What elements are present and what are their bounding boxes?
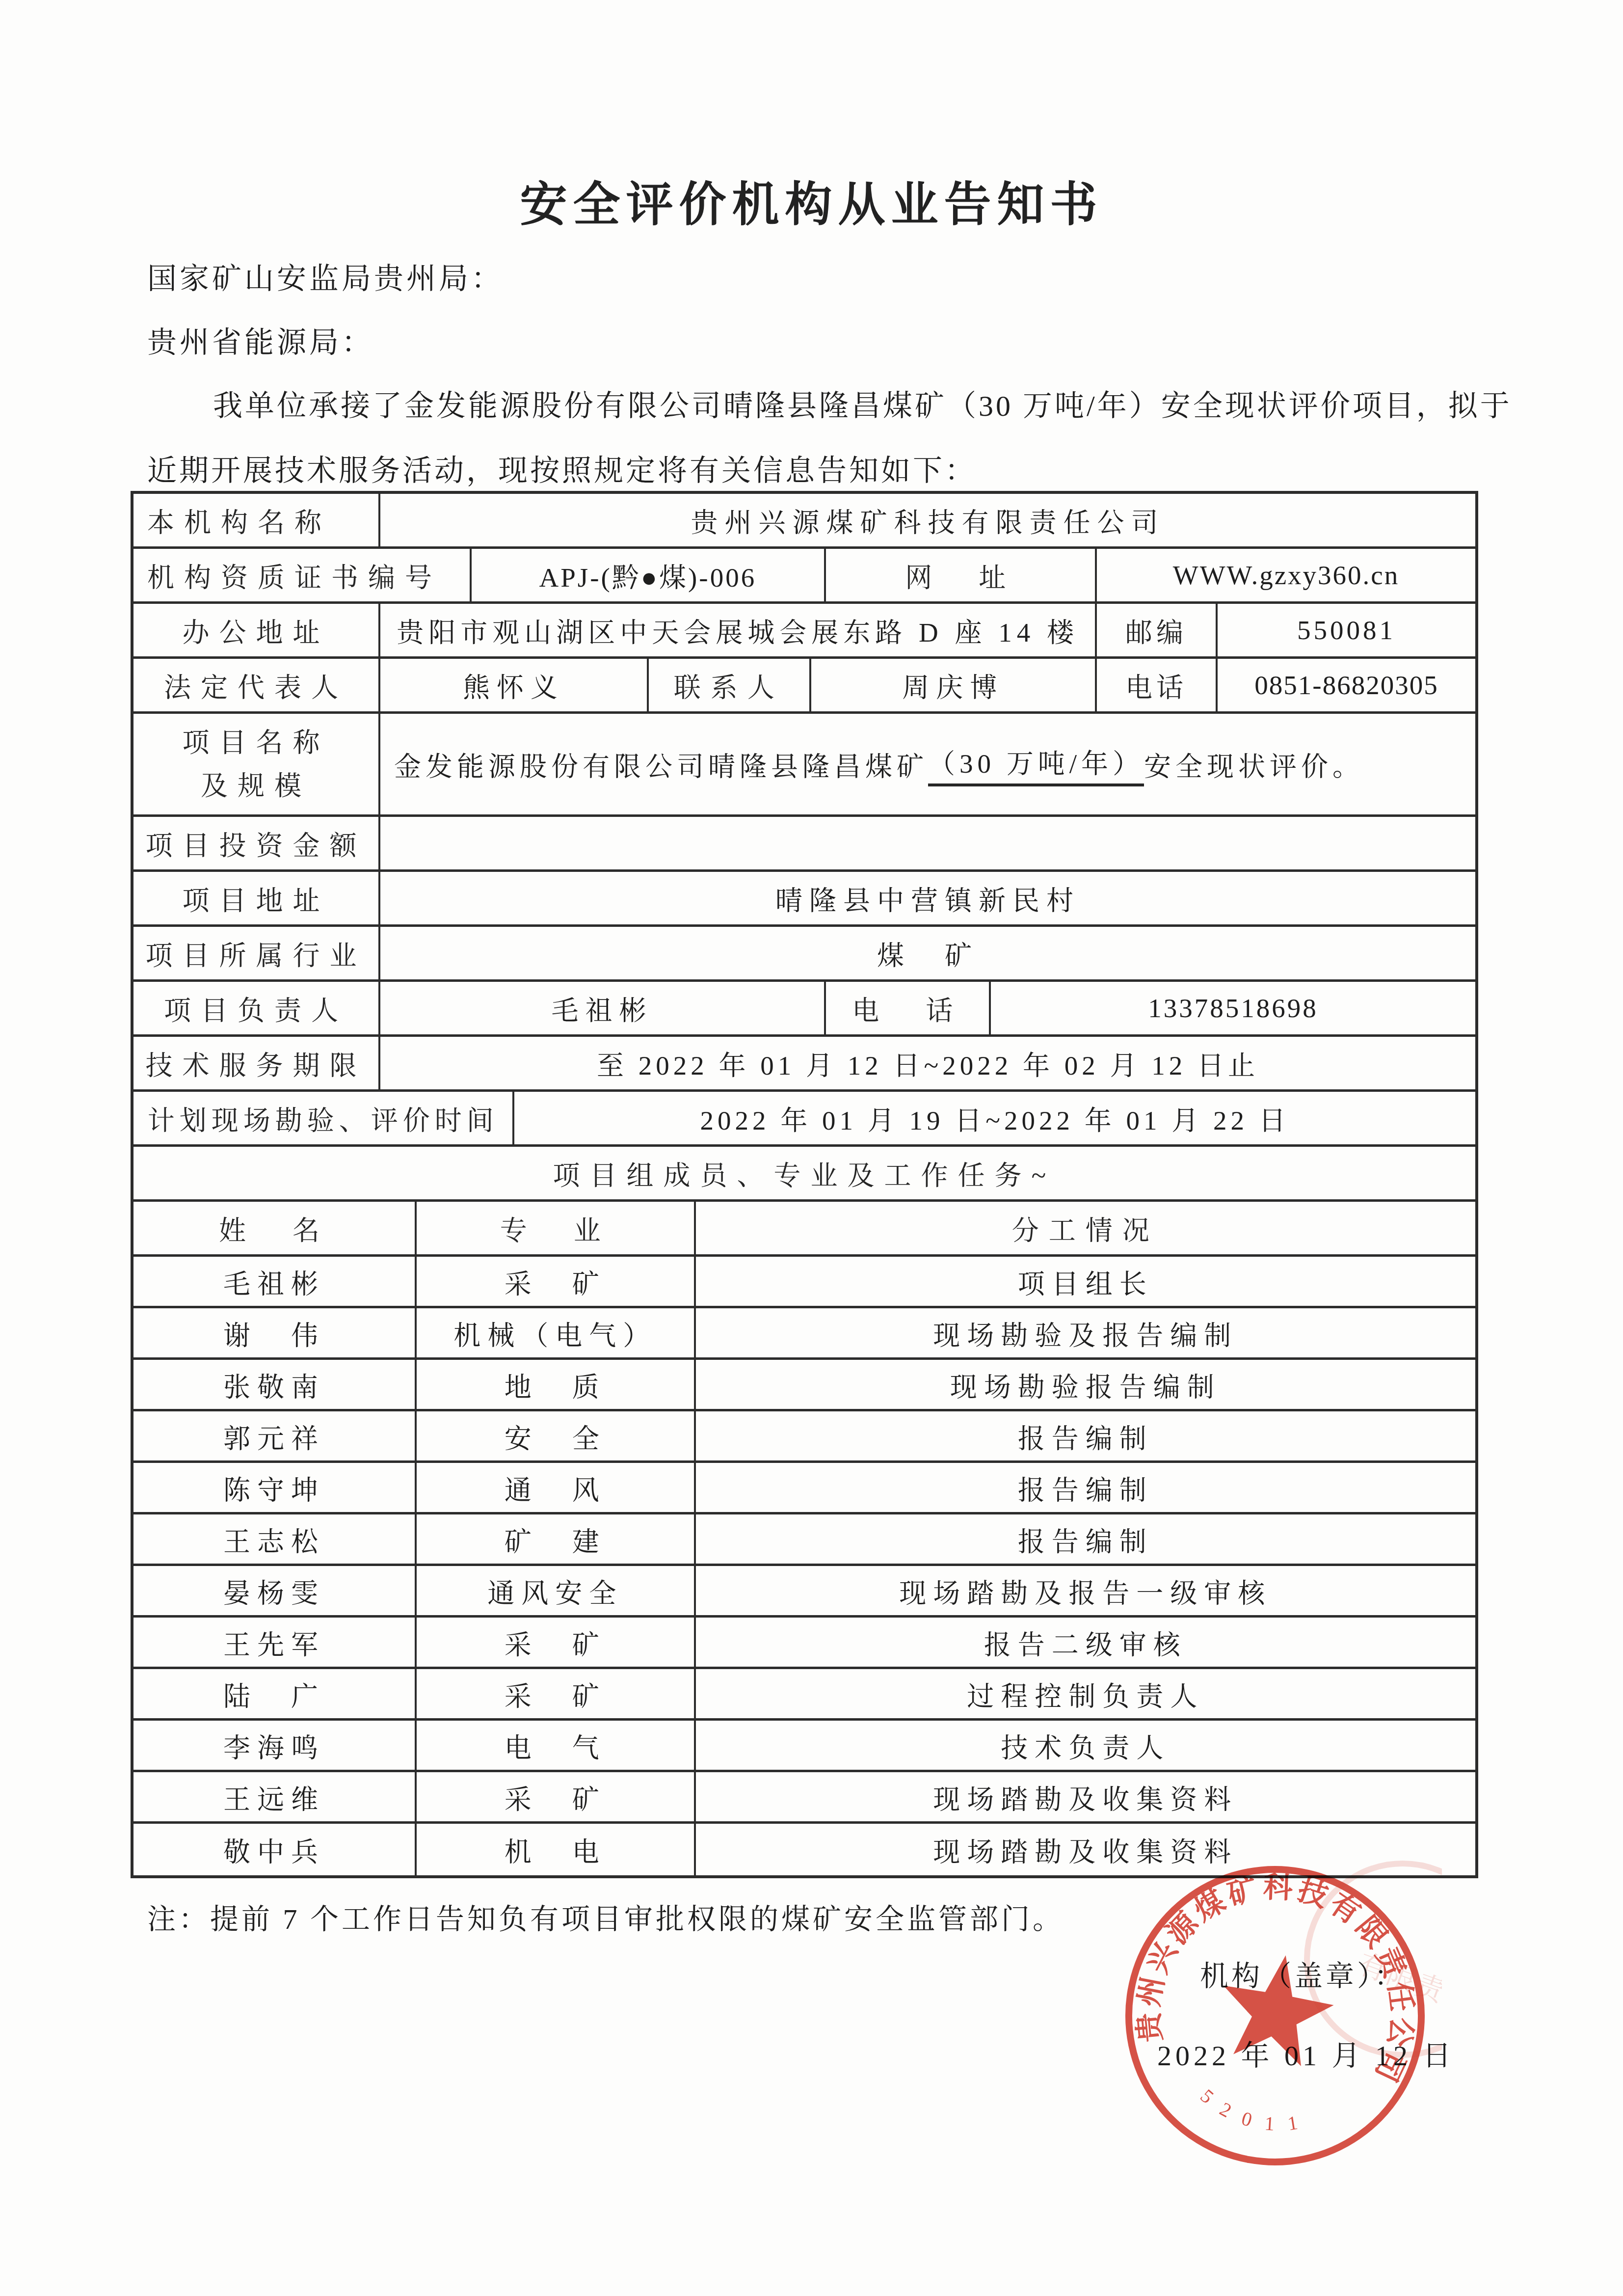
member-major: 采 矿 (417, 1669, 696, 1718)
member-duty: 现场踏勘及收集资料 (696, 1772, 1475, 1821)
contact-value: 周庆博 (811, 659, 1097, 711)
postcode-value: 550081 (1218, 604, 1475, 656)
team-row: 张敬南 地 质 现场勘验报告编制 (133, 1360, 1475, 1411)
member-major: 通 风 (417, 1463, 696, 1512)
service-period-label: 技术服务期限 (133, 1037, 380, 1089)
table-row: 办公地址 贵阳市观山湖区中天会展城会展东路 D 座 14 楼 邮编 550081 (133, 604, 1475, 659)
intro-line-1: 我单位承接了金发能源股份有限公司晴隆县隆昌煤矿（30 万吨/年）安全现状评价项目… (147, 386, 1480, 426)
team-row: 王先军 采 矿 报告二级审核 (133, 1618, 1475, 1669)
member-duty: 报告二级审核 (696, 1618, 1475, 1667)
member-name: 毛祖彬 (133, 1257, 417, 1306)
leader-value: 毛祖彬 (380, 982, 826, 1034)
table-row: 技术服务期限 至 2022 年 01 月 12 日~2022 年 02 月 12… (133, 1037, 1475, 1092)
document-page: 安全评价机构从业告知书 国家矿山安监局贵州局： 贵州省能源局： 我单位承接了金发… (0, 0, 1623, 2296)
member-duty: 现场踏勘及报告一级审核 (696, 1566, 1475, 1615)
member-duty: 项目组长 (696, 1257, 1475, 1306)
stamp-ring (1108, 1849, 1442, 2183)
contact-label: 联系人 (649, 659, 811, 711)
table-row: 法定代表人 熊怀义 联系人 周庆博 电话 0851-86820305 (133, 659, 1475, 714)
survey-time-value: 2022 年 01 月 19 日~2022 年 01 月 22 日 (514, 1092, 1475, 1144)
survey-time-label: 计划现场勘验、评价时间 (133, 1092, 514, 1144)
office-address-label: 办公地址 (133, 604, 380, 656)
team-header-duty: 分工情况 (696, 1202, 1475, 1254)
team-row: 晏杨雯 通风安全 现场踏勘及报告一级审核 (133, 1566, 1475, 1618)
project-name-underlined: （30 万吨/年） (928, 742, 1144, 786)
member-name: 郭元祥 (133, 1411, 417, 1460)
member-major: 机械（电气） (417, 1308, 696, 1357)
leader-phone-value: 13378518698 (991, 982, 1475, 1034)
member-major: 安 全 (417, 1411, 696, 1460)
leader-label: 项目负责人 (133, 982, 380, 1034)
leader-phone-label: 电 话 (826, 982, 991, 1034)
member-major: 矿 建 (417, 1514, 696, 1564)
project-name-label: 项目名称 及规模 (133, 714, 380, 814)
investment-value (380, 817, 1475, 869)
info-table: 本机构名称 贵州兴源煤矿科技有限责任公司 机构资质证书编号 APJ-(黔●煤)-… (131, 491, 1478, 1878)
team-row: 李海鸣 电 气 技术负责人 (133, 1721, 1475, 1772)
member-name: 谢 伟 (133, 1308, 417, 1357)
phone-label: 电话 (1097, 659, 1218, 711)
team-row: 毛祖彬 采 矿 项目组长 (133, 1257, 1475, 1308)
member-major: 通风安全 (417, 1566, 696, 1615)
industry-label: 项目所属行业 (133, 927, 380, 979)
recipient-line-2: 贵州省能源局： (147, 319, 374, 361)
postcode-label: 邮编 (1097, 604, 1218, 656)
table-row: 机构资质证书编号 APJ-(黔●煤)-006 网 址 WWW.gzxy360.c… (133, 549, 1475, 604)
org-name-label: 本机构名称 (133, 494, 380, 546)
website-value: WWW.gzxy360.cn (1097, 549, 1475, 601)
member-name: 陈守坤 (133, 1463, 417, 1512)
member-duty: 现场勘验报告编制 (696, 1360, 1475, 1409)
team-header-name: 姓 名 (133, 1202, 417, 1254)
table-row: 项目负责人 毛祖彬 电 话 13378518698 (133, 982, 1475, 1037)
table-row: 项目名称 及规模 金发能源股份有限公司晴隆县隆昌煤矿（30 万吨/年）安全现状评… (133, 714, 1475, 817)
member-duty: 技术负责人 (696, 1721, 1475, 1770)
member-name: 晏杨雯 (133, 1566, 417, 1615)
member-duty: 报告编制 (696, 1514, 1475, 1564)
team-header-row: 姓 名 专 业 分工情况 (133, 1202, 1475, 1257)
org-name-value: 贵州兴源煤矿科技有限责任公司 (380, 494, 1475, 546)
team-row: 陆 广 采 矿 过程控制负责人 (133, 1669, 1475, 1721)
project-name-label-line1: 项目名称 (183, 721, 330, 764)
service-period-value: 至 2022 年 01 月 12 日~2022 年 02 月 12 日止 (380, 1037, 1475, 1089)
member-duty: 报告编制 (696, 1411, 1475, 1460)
member-major: 机 电 (417, 1824, 696, 1875)
team-row: 王远维 采 矿 现场踏勘及收集资料 (133, 1772, 1475, 1824)
footer-note: 注：提前 7 个工作日告知负有项目审批权限的煤矿安全监管部门。 (147, 1896, 1064, 1937)
member-major: 电 气 (417, 1721, 696, 1770)
page-title: 安全评价机构从业告知书 (0, 167, 1623, 234)
member-duty: 过程控制负责人 (696, 1669, 1475, 1718)
member-name: 陆 广 (133, 1669, 417, 1718)
legal-rep-value: 熊怀义 (380, 659, 649, 711)
team-row: 郭元祥 安 全 报告编制 (133, 1411, 1475, 1463)
project-name-value: 金发能源股份有限公司晴隆县隆昌煤矿（30 万吨/年）安全现状评价。 (380, 714, 1475, 814)
member-major: 采 矿 (417, 1772, 696, 1821)
table-row: 计划现场勘验、评价时间 2022 年 01 月 19 日~2022 年 01 月… (133, 1092, 1475, 1147)
team-row: 敬中兵 机 电 现场踏勘及收集资料 (133, 1824, 1475, 1875)
office-address-value: 贵阳市观山湖区中天会展城会展东路 D 座 14 楼 (380, 604, 1097, 656)
intro-line-2: 近期开展技术服务活动，现按照规定将有关信息告知如下： (147, 451, 1480, 491)
member-major: 采 矿 (417, 1618, 696, 1667)
stamp-code-text: 5 2 0 1 1 (1193, 2083, 1309, 2141)
member-duty: 现场勘验及报告编制 (696, 1308, 1475, 1357)
member-name: 王先军 (133, 1618, 417, 1667)
footer-date: 2022 年 01 月 12 日 (1157, 2032, 1455, 2074)
table-row: 本机构名称 贵州兴源煤矿科技有限责任公司 (133, 494, 1475, 549)
cert-value: APJ-(黔●煤)-006 (472, 549, 826, 601)
website-label: 网 址 (826, 549, 1097, 601)
member-name: 张敬南 (133, 1360, 417, 1409)
intro-paragraph: 我单位承接了金发能源股份有限公司晴隆县隆昌煤矿（30 万吨/年）安全现状评价项目… (147, 386, 1480, 491)
table-row: 项目地址 晴隆县中营镇新民村 (133, 872, 1475, 927)
table-row: 项目投资金额 (133, 817, 1475, 872)
member-major: 采 矿 (417, 1257, 696, 1306)
member-duty: 现场踏勘及收集资料 (696, 1824, 1475, 1875)
project-address-label: 项目地址 (133, 872, 380, 924)
legal-rep-label: 法定代表人 (133, 659, 380, 711)
investment-label: 项目投资金额 (133, 817, 380, 869)
member-name: 李海鸣 (133, 1721, 417, 1770)
team-row: 王志松 矿 建 报告编制 (133, 1514, 1475, 1566)
phone-value: 0851-86820305 (1218, 659, 1475, 711)
team-header-major: 专 业 (417, 1202, 696, 1254)
member-name: 王志松 (133, 1514, 417, 1564)
stamp-main: 贵州兴源煤矿科技有限责任公司 5 2 0 1 1 (1108, 1849, 1442, 2183)
member-name: 王远维 (133, 1772, 417, 1821)
team-row: 谢 伟 机械（电气） 现场勘验及报告编制 (133, 1308, 1475, 1360)
project-name-suffix: 安全现状评价。 (1144, 745, 1364, 783)
member-name: 敬中兵 (133, 1824, 417, 1875)
table-row: 项目组成员、专业及工作任务~ (133, 1147, 1475, 1202)
table-row: 项目所属行业 煤 矿 (133, 927, 1475, 982)
project-name-label-line2: 及规模 (201, 764, 311, 808)
industry-value: 煤 矿 (380, 927, 1475, 979)
member-major: 地 质 (417, 1360, 696, 1409)
member-duty: 报告编制 (696, 1463, 1475, 1512)
company-stamp-icon: 有限责任 贵州兴源煤矿科技有限责任公司 5 2 0 1 1 (1108, 1849, 1442, 2183)
cert-label: 机构资质证书编号 (133, 549, 472, 601)
team-section-header: 项目组成员、专业及工作任务~ (133, 1147, 1475, 1199)
recipient-line-1: 国家矿山安监局贵州局： (147, 255, 504, 297)
project-address-value: 晴隆县中营镇新民村 (380, 872, 1475, 924)
team-row: 陈守坤 通 风 报告编制 (133, 1463, 1475, 1514)
seal-caption: 机构（盖章）： (1200, 1953, 1406, 1994)
project-name-prefix: 金发能源股份有限公司晴隆县隆昌煤矿 (394, 745, 928, 783)
